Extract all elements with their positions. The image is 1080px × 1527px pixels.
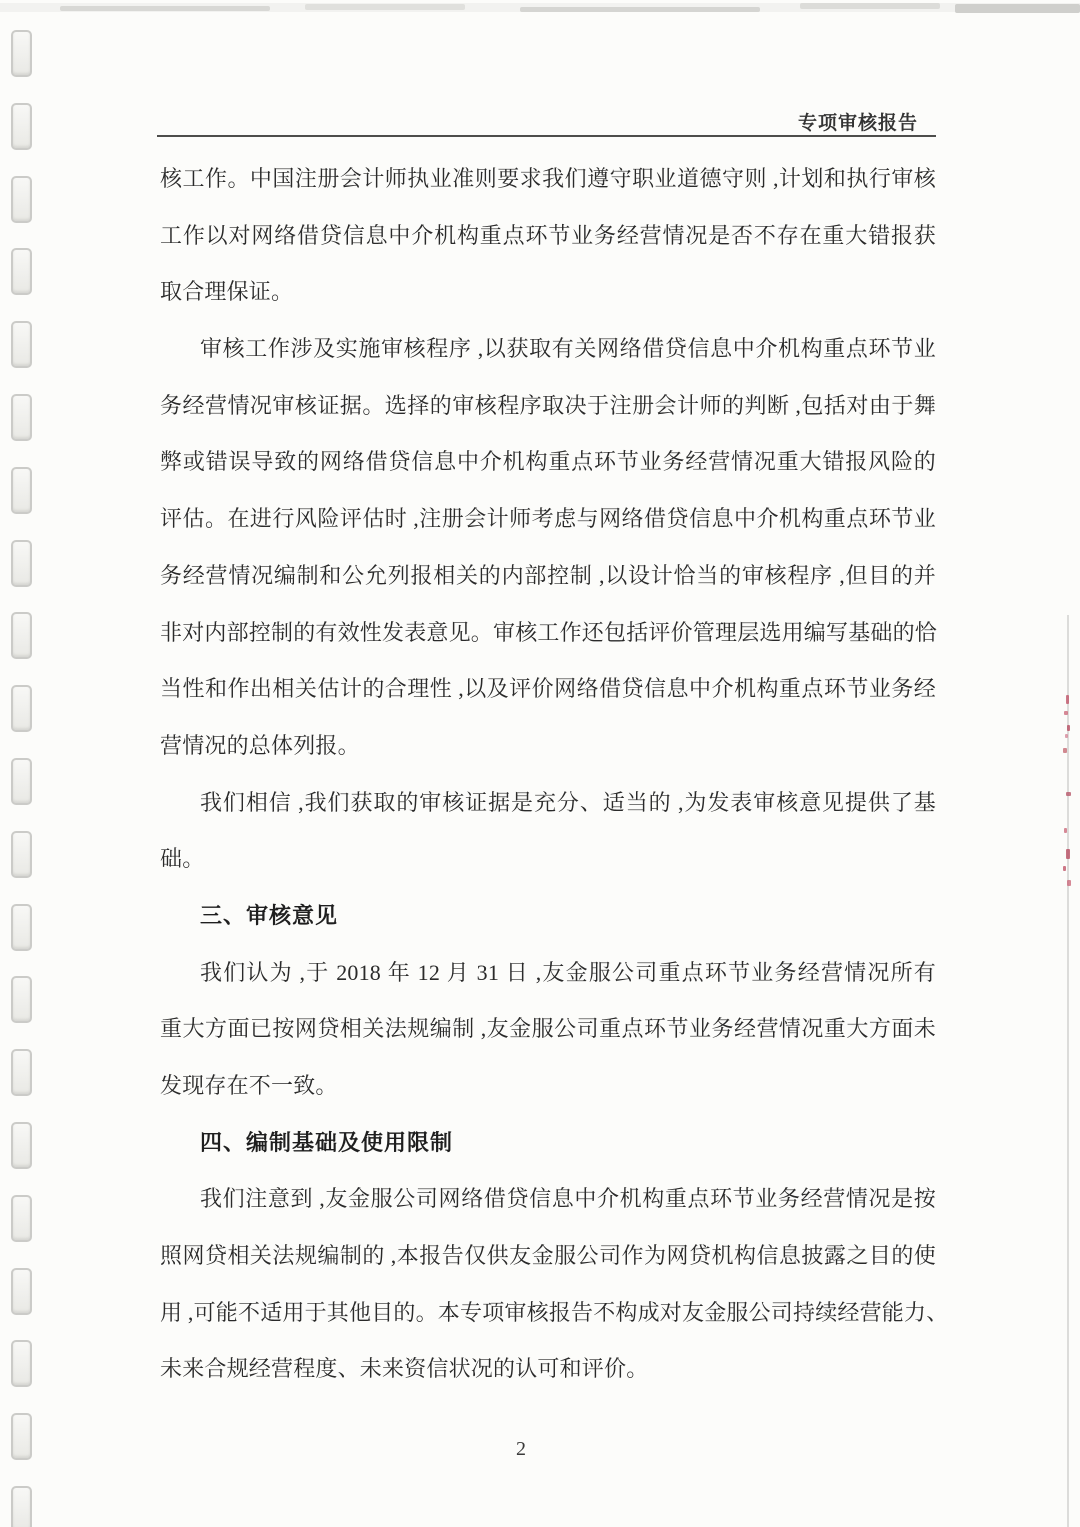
binding-hole [11, 467, 32, 514]
binding-holes [0, 0, 40, 1527]
binding-hole [11, 831, 32, 878]
paragraph-line: 弊或错误导致的网络借贷信息中介机构重点环节业务经营情况重大错报风险的 [160, 434, 936, 491]
binding-hole [11, 1195, 32, 1242]
paragraph-line: 当性和作出相关估计的合理性 ,以及评价网络借贷信息中介机构重点环节业务经 [160, 661, 936, 718]
binding-hole [11, 1486, 32, 1527]
scan-red-speck [1066, 695, 1069, 704]
binding-hole [11, 1340, 32, 1387]
paragraph-line: 工作以对网络借贷信息中介机构重点环节业务经营情况是否不存在重大错报获 [160, 208, 936, 265]
paragraph-line: 我们相信 ,我们获取的审核证据是充分、适当的 ,为发表审核意见提供了基 [160, 775, 936, 832]
scan-red-speck [1063, 866, 1066, 871]
binding-hole [11, 30, 32, 77]
paragraph-line: 评估。在进行风险评估时 ,注册会计师考虑与网络借贷信息中介机构重点环节业 [160, 491, 936, 548]
section-heading: 四、编制基础及使用限制 [160, 1115, 936, 1172]
paragraph-line: 未来合规经营程度、未来资信状况的认可和评价。 [160, 1341, 936, 1398]
binding-hole [11, 1049, 32, 1096]
scan-noise-dash [955, 4, 1080, 13]
scan-red-speck [1066, 849, 1070, 859]
binding-hole [11, 103, 32, 150]
scan-noise-dash [800, 3, 940, 9]
binding-hole [11, 540, 32, 587]
binding-hole [11, 904, 32, 951]
paragraph-line: 我们注意到 ,友金服公司网络借贷信息中介机构重点环节业务经营情况是按 [160, 1171, 936, 1228]
scan-noise-dash [305, 4, 465, 10]
paragraph-line: 营情况的总体列报。 [160, 718, 936, 775]
page-header-title: 专项审核报告 [700, 108, 918, 135]
scan-red-speck [1067, 725, 1070, 731]
page-number: 2 [0, 1438, 1042, 1461]
paragraph-line: 审核工作涉及实施审核程序 ,以获取有关网络借贷信息中介机构重点环节业 [160, 321, 936, 378]
paragraph-line: 非对内部控制的有效性发表意见。审核工作还包括评价管理层选用编写基础的恰 [160, 605, 936, 662]
scan-top-edge-artifact [0, 0, 1080, 16]
paragraph-line: 务经营情况审核证据。选择的审核程序取决于注册会计师的判断 ,包括对由于舞 [160, 378, 936, 435]
scan-red-speck [1065, 734, 1068, 738]
paragraph-line: 重大方面已按网贷相关法规编制 ,友金服公司重点环节业务经营情况重大方面未 [160, 1001, 936, 1058]
scan-red-speck [1066, 792, 1071, 796]
paragraph-line: 发现存在不一致。 [160, 1058, 936, 1115]
scan-red-speck [1064, 711, 1068, 715]
binding-hole [11, 321, 32, 368]
scan-noise-dash [520, 7, 760, 12]
paragraph-line: 照网贷相关法规编制的 ,本报告仅供友金服公司作为网贷机构信息披露之目的使 [160, 1228, 936, 1285]
binding-hole [11, 176, 32, 223]
binding-hole [11, 1268, 32, 1315]
scan-red-speck [1063, 748, 1067, 753]
paragraph-line: 我们认为 ,于 2018 年 12 月 31 日 ,友金服公司重点环节业务经营情… [160, 945, 936, 1002]
binding-hole [11, 1122, 32, 1169]
scan-red-speck [1067, 880, 1071, 886]
header-rule [157, 135, 936, 137]
scan-red-speck [1064, 828, 1067, 833]
document-page: 专项审核报告 核工作。中国注册会计师执业准则要求我们遵守职业道德守则 ,计划和执… [0, 0, 1080, 1527]
binding-hole [11, 248, 32, 295]
binding-hole [11, 976, 32, 1023]
scan-right-edge-line [1067, 615, 1069, 1527]
binding-hole [11, 612, 32, 659]
paragraph-line: 础。 [160, 831, 936, 888]
paragraph-line: 务经营情况编制和公允列报相关的内部控制 ,以设计恰当的审核程序 ,但目的并 [160, 548, 936, 605]
binding-hole [11, 394, 32, 441]
paragraph-line: 核工作。中国注册会计师执业准则要求我们遵守职业道德守则 ,计划和执行审核 [160, 151, 936, 208]
binding-hole [11, 685, 32, 732]
paragraph-line: 用 ,可能不适用于其他目的。本专项审核报告不构成对友金服公司持续经营能力、 [160, 1285, 936, 1342]
paragraph-line: 取合理保证。 [160, 264, 936, 321]
section-heading: 三、审核意见 [160, 888, 936, 945]
scan-noise-dash [60, 6, 270, 11]
binding-hole [11, 758, 32, 805]
document-body: 核工作。中国注册会计师执业准则要求我们遵守职业道德守则 ,计划和执行审核工作以对… [160, 151, 936, 1398]
